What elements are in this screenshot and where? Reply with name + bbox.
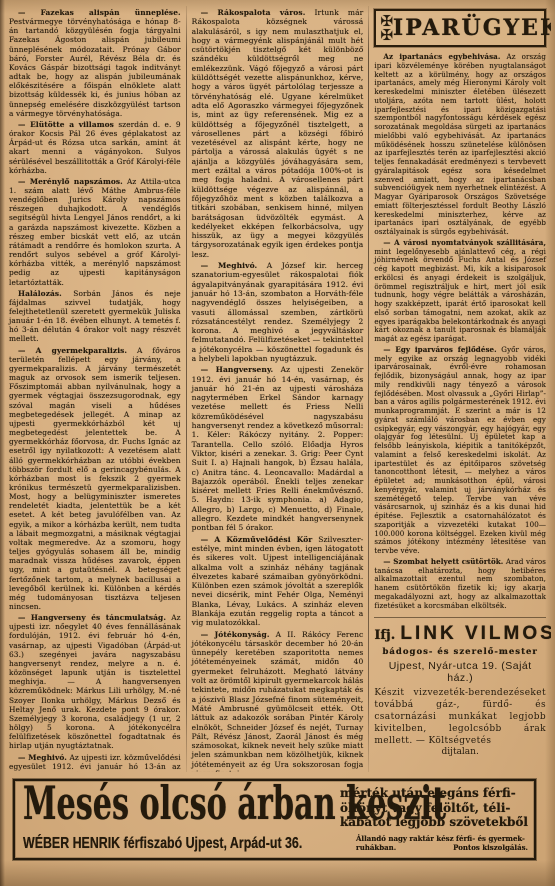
weber-ad-tailor-line: WÉBER HENRIK férfiszabó Ujpest, Arpád-ut…	[23, 835, 302, 853]
link-ad-body-last: dijtalan.	[374, 747, 546, 758]
article-ipartanacs: Az ipartanács egybehivása. Az ország ipa…	[374, 53, 546, 237]
article-text: Az ujpesti izr. nőegylet 40 éves fennáll…	[9, 613, 181, 750]
section-title: IPARÜGYEK	[393, 15, 551, 41]
link-vilmos-ad: Ifj. LINK VILMOS bádogos- és szerelő-mes…	[374, 617, 546, 758]
article-lead: — A Közművelődési Kör	[201, 535, 313, 544]
article-text: Pestvármegye törvényhatósága e hónap 8-á…	[9, 17, 181, 118]
article-lead: — A gyermekparalizis.	[18, 346, 127, 355]
article-lead: — Merénylő napszámos.	[18, 177, 123, 186]
article-halalozas: Halálozás. Sorbán János és neje fájdalma…	[9, 289, 181, 344]
article-text: Győr város, mely egyike az ország legnag…	[374, 345, 546, 555]
weber-henrik-ad: Mesés olcsó árban keszit mérték után ele…	[13, 779, 536, 860]
article-elutotte-villamos: — Elütötte a villamos szerdán d. e. 9 ór…	[9, 120, 181, 175]
weber-ad-offer: mérték után elegáns férfi- öltönyt vagy …	[340, 786, 528, 830]
article-text: Sorbán János és neje fájdalmas szivvel t…	[9, 289, 181, 344]
iparugyek-masthead: ✠✠ IPARÜGYEK ✠✠	[374, 9, 546, 47]
article-lead: — Fazekas alispán ünneplése.	[18, 8, 181, 17]
article-meghivo-szanatorium: — Meghivó. A József kir. herceg szanator…	[192, 261, 364, 363]
article-text: szerdán d. e. 9 órakor Kocsis Pál 26 éve…	[9, 120, 181, 175]
article-text: mint legelőnyesebb ajánlattevő cég, a ré…	[374, 247, 546, 344]
article-lead: — Hangverseny és táncmulatság.	[18, 613, 166, 622]
article-text: Irtunk már Rákospalota községnek várossá…	[192, 8, 364, 259]
article-varosi-nyomtatvanyok: — A városi nyomtatványok szállitására, m…	[374, 239, 546, 344]
article-text: Az ország ipari közvéleménye körében nyu…	[374, 52, 546, 236]
article-fazekas-alispan: — Fazekas alispán ünneplése. Pestvármegy…	[9, 8, 181, 118]
article-text: Szilveszter-estélye, mint minden évben, …	[192, 535, 364, 628]
article-hangverseny-tancmulatsag: — Hangverseny és táncmulatság. Az ujpest…	[9, 613, 181, 750]
link-ad-prefix: Ifj.	[374, 628, 395, 643]
column-right: ✠✠ IPARÜGYEK ✠✠ Az ipartanács egybehivás…	[369, 6, 551, 772]
column-left: — Fazekas alispán ünneplése. Pestvármegy…	[4, 6, 186, 772]
article-gyermekparalizis: — A gyermekparalizis. A főváros területé…	[9, 346, 181, 612]
article-lead: — Rákospalota város.	[201, 8, 306, 17]
article-lead: — Hangverseny.	[201, 365, 274, 374]
article-lead: — Meghivó.	[18, 753, 67, 762]
weber-ad-note: Állandó nagy raktár kész férfi- és gyerm…	[356, 835, 528, 852]
article-lead: — Meghivó.	[201, 261, 258, 270]
text-columns: — Fazekas alispán ünneplése. Pestvármegy…	[4, 6, 551, 772]
article-lead: Az ipartanács egybehivása.	[383, 52, 500, 61]
article-text: A József kir. herceg szanatorium-egyesül…	[192, 261, 364, 363]
weber-ad-note-line: ruhákban.	[356, 844, 396, 853]
link-ad-name: Ifj. LINK VILMOS	[374, 623, 546, 645]
link-ad-profession: bádogos- és szerelő-mester	[374, 647, 546, 657]
article-szombat-csutortok: — Szombat helyett csütörtök. Arad város …	[374, 558, 546, 611]
article-lead: — Szombat helyett csütörtök.	[383, 557, 503, 566]
article-text: Arad város tanácsa elhatározta, hogy het…	[374, 557, 546, 610]
article-text: Az ujpesti Zenekör 1912. évi január hó 1…	[192, 365, 364, 532]
article-iparvaros-fejlodese: — Egy iparváros fejlődése. Győr város, m…	[374, 346, 546, 556]
article-lead: — Elütötte a villamos	[18, 120, 114, 129]
article-jotekonysag: — Jótékonyság. A II. Rákócy Ferenc jóték…	[192, 630, 364, 772]
article-text: Az Attila-utca 1. szám alatt lévő Máthe …	[9, 177, 181, 287]
column-middle: — Rákospalota város. Irtunk már Rákospal…	[187, 6, 369, 772]
article-rakospalota-varos: — Rákospalota város. Irtunk már Rákospal…	[192, 8, 364, 259]
article-lead: Halálozás.	[18, 289, 62, 298]
newspaper-page: — Fazekas alispán ünneplése. Pestvármegy…	[0, 0, 555, 886]
link-ad-address: Ujpest, Nyár-utca 19. (Saját ház.)	[374, 660, 546, 684]
article-meghivo-izr: — Meghivó. Az ujpesti izr. közművelődési…	[9, 753, 181, 773]
article-kozmuvelodesi-kor: — A Közművelődési Kör Szilveszter-estély…	[192, 535, 364, 628]
link-ad-body: Készit vizvezeték-berendezéseket továbbá…	[374, 687, 546, 747]
article-lead: — A városi nyomtatványok szállitására,	[383, 238, 546, 247]
weber-ad-note-line: Pontos kiszolgálás.	[453, 844, 528, 853]
weber-ad-offer-line: kabátot legjobb szövetekből	[340, 815, 528, 830]
article-text: A főváros területén fellépett egy járván…	[9, 346, 181, 611]
article-merenylo-napszamos: — Merénylő napszámos. Az Attila-utca 1. …	[9, 177, 181, 287]
article-text: A II. Rákócy Ferenc jótékonycélu társask…	[192, 630, 364, 772]
article-lead: — Egy iparváros fejlődése.	[383, 345, 496, 354]
article-hangverseny-zenekor: — Hangverseny. Az ujpesti Zenekör 1912. …	[192, 365, 364, 532]
fleuron-ornament-icon: ✠✠	[380, 14, 393, 42]
weber-ad-offer-line: mérték után elegáns férfi-	[340, 786, 528, 801]
article-lead: — Jótékonyság.	[201, 630, 270, 639]
weber-ad-offer-line: öltönyt vagy felöltőt, téli-	[340, 801, 528, 816]
